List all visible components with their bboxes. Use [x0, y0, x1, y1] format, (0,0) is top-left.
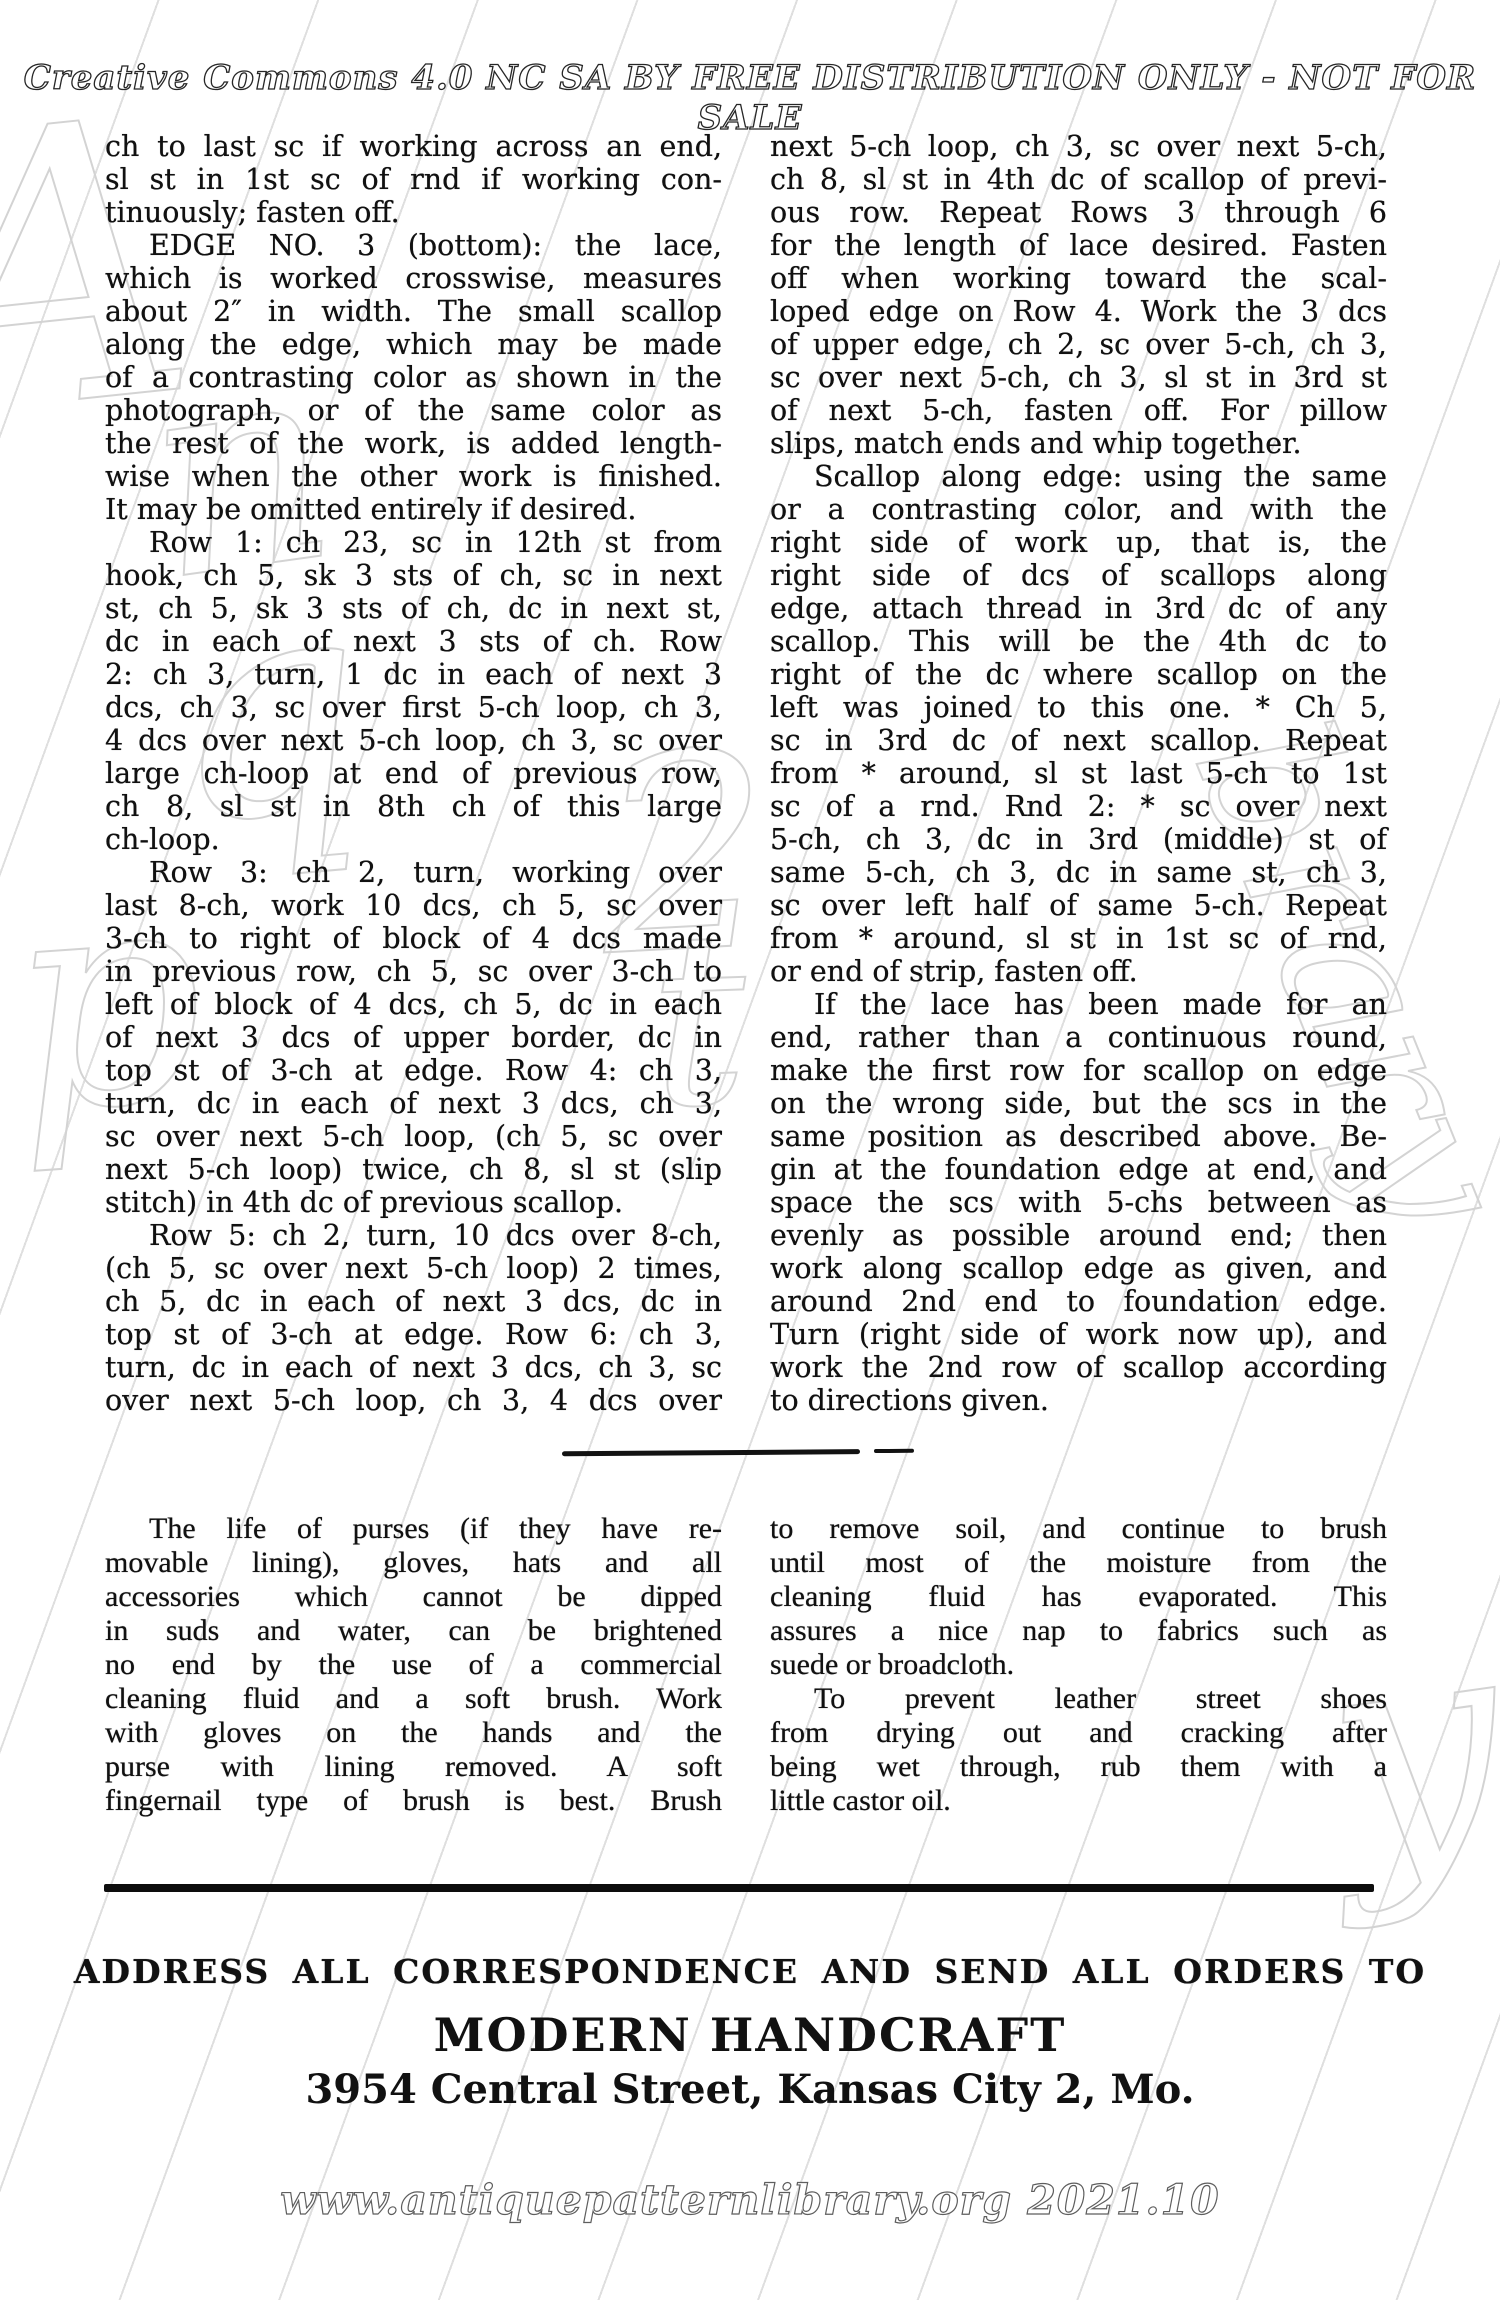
library-watermark-text: www.antiquepatternlibrary.org 2021.10 — [0, 2176, 1500, 2224]
text-line: about 2″ in width. The small scallop — [105, 295, 722, 328]
text-line: sc over next 5-ch loop, (ch 5, sc over — [105, 1120, 722, 1153]
text-line: right side of work up, that is, the — [770, 526, 1387, 559]
section-divider-rule — [562, 1448, 914, 1456]
text-line: on the wrong side, but the scs in the — [770, 1087, 1387, 1120]
pattern-text-columns: ch to last sc if working across an end,s… — [105, 130, 1387, 1417]
text-line: little castor oil. — [770, 1784, 1387, 1818]
scanned-pattern-page: Anqp2tbraryy Creative Commons 4.0 NC SA … — [0, 0, 1500, 2300]
text-line: from drying out and cracking after — [770, 1716, 1387, 1750]
footer-thick-rule — [104, 1884, 1374, 1892]
text-line: movable lining), gloves, hats and all — [105, 1546, 722, 1580]
text-line: space the scs with 5-chs between as — [770, 1186, 1387, 1219]
text-line: scallop. This will be the 4th dc to — [770, 625, 1387, 658]
text-line: stitch) in 4th dc of previous scallop. — [105, 1186, 722, 1219]
pattern-column-right: next 5-ch loop, ch 3, sc over next 5-ch,… — [770, 130, 1387, 1417]
text-line: wise when the other work is finished. — [105, 460, 722, 493]
text-line: same 5-ch, ch 3, dc in same st, ch 3, — [770, 856, 1387, 889]
company-address: 3954 Central Street, Kansas City 2, Mo. — [0, 2066, 1500, 2113]
text-line: being wet through, rub them with a — [770, 1750, 1387, 1784]
text-line: top st of 3-ch at edge. Row 4: ch 3, — [105, 1054, 722, 1087]
text-line: fingernail type of brush is best. Brush — [105, 1784, 722, 1818]
text-line: gin at the foundation edge at end, and — [770, 1153, 1387, 1186]
text-line: around 2nd end to foundation edge. — [770, 1285, 1387, 1318]
divider-short-dash — [874, 1449, 914, 1453]
text-line: left was joined to this one. * Ch 5, — [770, 691, 1387, 724]
text-line: loped edge on Row 4. Work the 3 dcs — [770, 295, 1387, 328]
text-line: of upper edge, ch 2, sc over 5-ch, ch 3, — [770, 328, 1387, 361]
text-line: which is worked crosswise, measures — [105, 262, 722, 295]
text-line: dcs, ch 3, sc over first 5-ch loop, ch 3… — [105, 691, 722, 724]
text-line: edge, attach thread in 3rd dc of any — [770, 592, 1387, 625]
text-line: in suds and water, can be brightened — [105, 1614, 722, 1648]
text-line: or end of strip, fasten off. — [770, 955, 1387, 988]
text-line: 2: ch 3, turn, 1 dc in each of next 3 — [105, 658, 722, 691]
text-line: of next 5-ch, fasten off. For pillow — [770, 394, 1387, 427]
text-line: turn, dc in each of next 3 dcs, ch 3, — [105, 1087, 722, 1120]
text-line: along the edge, which may be made — [105, 328, 722, 361]
tips-column-left: The life of purses (if they have re-mova… — [105, 1512, 722, 1818]
text-line: right side of dcs of scallops along — [770, 559, 1387, 592]
text-line: to remove soil, and continue to brush — [770, 1512, 1387, 1546]
text-line: The life of purses (if they have re- — [105, 1512, 722, 1546]
text-line: Scallop along edge: using the same — [770, 460, 1387, 493]
correspondence-heading: ADDRESS ALL CORRESPONDENCE AND SEND ALL … — [0, 1952, 1500, 1991]
text-line: sc over next 5-ch, ch 3, sl st in 3rd st — [770, 361, 1387, 394]
pattern-column-left: ch to last sc if working across an end,s… — [105, 130, 722, 1417]
text-line: EDGE NO. 3 (bottom): the lace, — [105, 229, 722, 262]
text-line: top st of 3-ch at edge. Row 6: ch 3, — [105, 1318, 722, 1351]
text-line: sc in 3rd dc of next scallop. Repeat — [770, 724, 1387, 757]
license-banner: Creative Commons 4.0 NC SA BY FREE DISTR… — [0, 58, 1500, 138]
text-line: ch 5, dc in each of next 3 dcs, dc in — [105, 1285, 722, 1318]
text-line: work the 2nd row of scallop according — [770, 1351, 1387, 1384]
text-line: ch-loop. — [105, 823, 722, 856]
care-tips-columns: The life of purses (if they have re-mova… — [105, 1512, 1387, 1818]
text-line: hook, ch 5, sk 3 sts of ch, sc in next — [105, 559, 722, 592]
text-line: assures a nice nap to fabrics such as — [770, 1614, 1387, 1648]
text-line: no end by the use of a commercial — [105, 1648, 722, 1682]
text-line: or a contrasting color, and with the — [770, 493, 1387, 526]
text-line: next 5-ch loop) twice, ch 8, sl st (slip — [105, 1153, 722, 1186]
text-line: cleaning fluid and a soft brush. Work — [105, 1682, 722, 1716]
text-line: with gloves on the hands and the — [105, 1716, 722, 1750]
text-line: slips, match ends and whip together. — [770, 427, 1387, 460]
text-line: Turn (right side of work now up), and — [770, 1318, 1387, 1351]
text-line: over next 5-ch loop, ch 3, 4 dcs over — [105, 1384, 722, 1417]
text-line: photograph, or of the same color as — [105, 394, 722, 427]
text-line: work along scallop edge as given, and — [770, 1252, 1387, 1285]
text-line: ch to last sc if working across an end, — [105, 130, 722, 163]
text-line: of a contrasting color as shown in the — [105, 361, 722, 394]
text-line: tinuously; fasten off. — [105, 196, 722, 229]
divider-long-stroke — [562, 1449, 860, 1456]
text-line: sl st in 1st sc of rnd if working con- — [105, 163, 722, 196]
text-line: off when working toward the scal- — [770, 262, 1387, 295]
text-line: 3-ch to right of block of 4 dcs made — [105, 922, 722, 955]
text-line: Row 1: ch 23, sc in 12th st from — [105, 526, 722, 559]
text-line: 4 dcs over next 5-ch loop, ch 3, sc over — [105, 724, 722, 757]
text-line: ch 8, sl st in 4th dc of scallop of prev… — [770, 163, 1387, 196]
text-line: from * around, sl st last 5-ch to 1st — [770, 757, 1387, 790]
text-line: purse with lining removed. A soft — [105, 1750, 722, 1784]
text-line: st, ch 5, sk 3 sts of ch, dc in next st, — [105, 592, 722, 625]
text-line: 5-ch, ch 3, dc in 3rd (middle) st of — [770, 823, 1387, 856]
text-line: Row 3: ch 2, turn, working over — [105, 856, 722, 889]
text-line: left of block of 4 dcs, ch 5, dc in each — [105, 988, 722, 1021]
text-line: dc in each of next 3 sts of ch. Row — [105, 625, 722, 658]
text-line: ch 8, sl st in 8th ch of this large — [105, 790, 722, 823]
text-line: right of the dc where scallop on the — [770, 658, 1387, 691]
text-line: to directions given. — [770, 1384, 1387, 1417]
text-line: sc of a rnd. Rnd 2: * sc over next — [770, 790, 1387, 823]
text-line: until most of the moisture from the — [770, 1546, 1387, 1580]
text-line: ous row. Repeat Rows 3 through 6 — [770, 196, 1387, 229]
text-line: in previous row, ch 5, sc over 3-ch to — [105, 955, 722, 988]
text-line: (ch 5, sc over next 5-ch loop) 2 times, — [105, 1252, 722, 1285]
text-line: turn, dc in each of next 3 dcs, ch 3, sc — [105, 1351, 722, 1384]
text-line: same position as described above. Be- — [770, 1120, 1387, 1153]
text-line: cleaning fluid has evaporated. This — [770, 1580, 1387, 1614]
text-line: To prevent leather street shoes — [770, 1682, 1387, 1716]
text-line: of next 3 dcs of upper border, dc in — [105, 1021, 722, 1054]
text-line: make the first row for scallop on edge — [770, 1054, 1387, 1087]
text-line: from * around, sl st in 1st sc of rnd, — [770, 922, 1387, 955]
text-line: large ch-loop at end of previous row, — [105, 757, 722, 790]
text-line: next 5-ch loop, ch 3, sc over next 5-ch, — [770, 130, 1387, 163]
text-line: for the length of lace desired. Fasten — [770, 229, 1387, 262]
text-line: evenly as possible around end; then — [770, 1219, 1387, 1252]
text-line: If the lace has been made for an — [770, 988, 1387, 1021]
company-name: MODERN HANDCRAFT — [0, 2008, 1500, 2062]
text-line: the rest of the work, is added length- — [105, 427, 722, 460]
text-line: It may be omitted entirely if desired. — [105, 493, 722, 526]
text-line: Row 5: ch 2, turn, 10 dcs over 8-ch, — [105, 1219, 722, 1252]
tips-column-right: to remove soil, and continue to brushunt… — [770, 1512, 1387, 1818]
text-line: last 8-ch, work 10 dcs, ch 5, sc over — [105, 889, 722, 922]
text-line: accessories which cannot be dipped — [105, 1580, 722, 1614]
text-line: end, rather than a continuous round, — [770, 1021, 1387, 1054]
text-line: suede or broadcloth. — [770, 1648, 1387, 1682]
text-line: sc over left half of same 5-ch. Repeat — [770, 889, 1387, 922]
